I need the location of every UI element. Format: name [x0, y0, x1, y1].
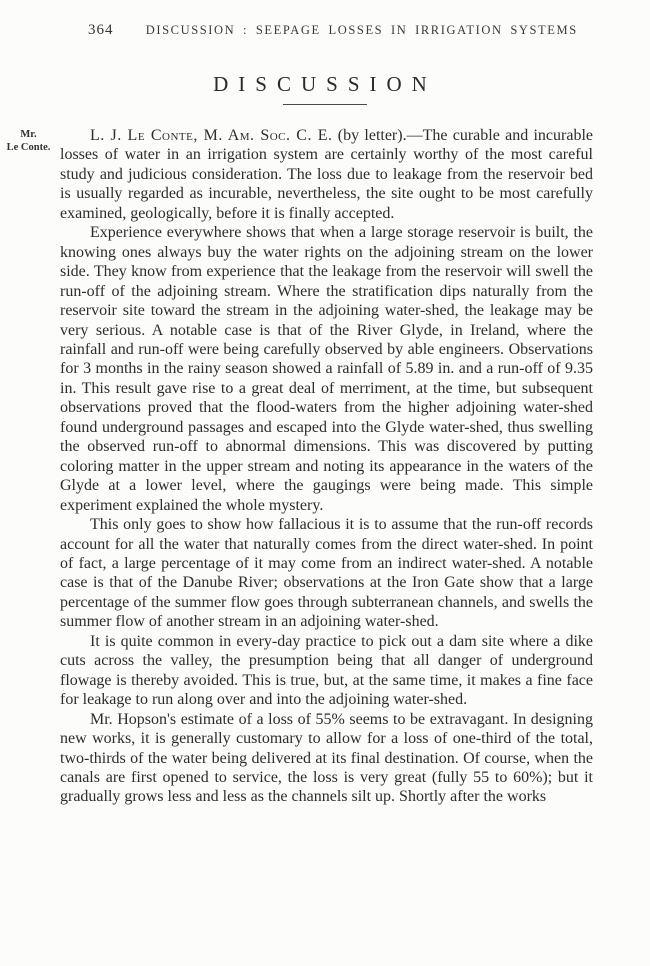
page-number: 364 — [88, 22, 114, 39]
paragraph-1: L. J. Le Conte, M. Am. Soc. C. E. (by le… — [60, 126, 593, 223]
margin-note-line-2: Le Conte. — [0, 142, 57, 155]
section-title: DISCUSSION — [0, 72, 650, 96]
paragraph-3: This only goes to show how fallacious it… — [60, 515, 593, 632]
paragraph-5: Mr. Hopson's estimate of a loss of 55% s… — [60, 710, 593, 807]
book-page: 364 DISCUSSION : SEEPAGE LOSSES IN IRRIG… — [0, 0, 650, 966]
paragraph-2: Experience everywhere shows that when a … — [60, 223, 593, 515]
body-text-column: L. J. Le Conte, M. Am. Soc. C. E. (by le… — [60, 126, 593, 807]
margin-note-speaker: Mr. Le Conte. — [0, 129, 57, 154]
running-header: 364 DISCUSSION : SEEPAGE LOSSES IN IRRIG… — [0, 0, 650, 39]
margin-note-line-1: Mr. — [0, 129, 57, 142]
speaker-name-lead-in: L. J. Le Conte, M. Am. Soc. C. E. — [90, 127, 333, 144]
title-rule — [283, 104, 367, 105]
paragraph-4: It is quite common in every-day practice… — [60, 632, 593, 710]
running-head-title: DISCUSSION : SEEPAGE LOSSES IN IRRIGATIO… — [114, 23, 650, 38]
